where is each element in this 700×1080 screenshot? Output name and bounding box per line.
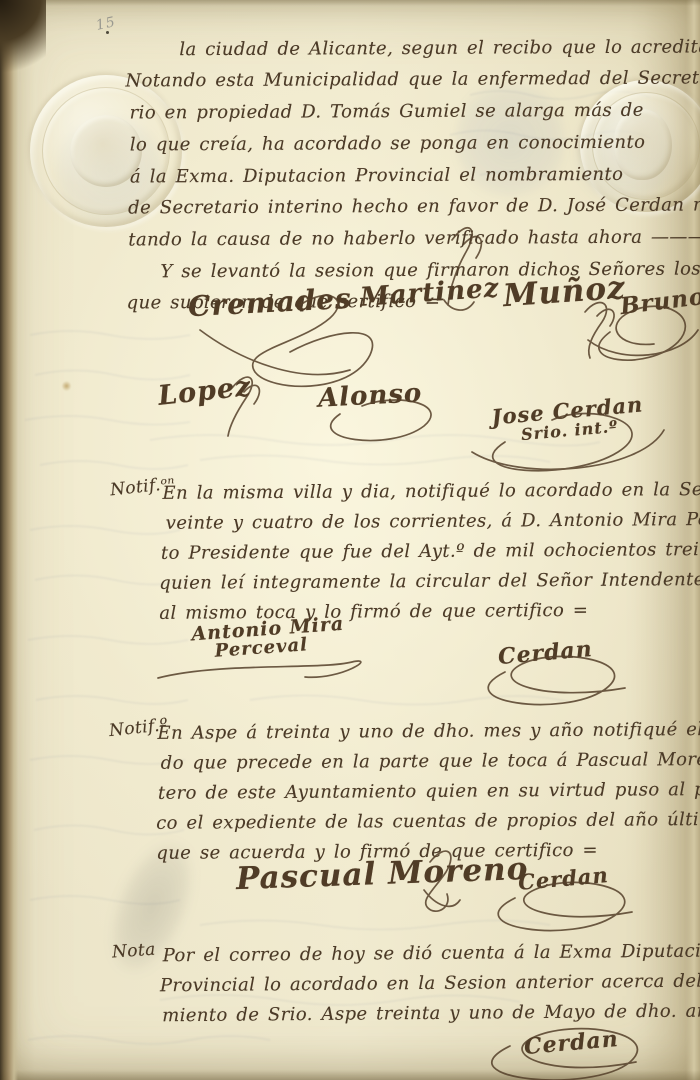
page-edge-bottom (0, 1070, 700, 1080)
manuscript-line: quien leí integramente la circular del S… (159, 568, 700, 594)
manuscript-line: En la misma villa y dia, notifiqué lo ac… (162, 479, 700, 504)
page-edge-top (0, 0, 700, 6)
manuscript-line: tando la causa de no haberlo verificado … (128, 226, 700, 250)
manuscript-line: En Aspe á treinta y uno de dho. mes y añ… (157, 719, 700, 744)
margin-note-nota: Nota (111, 940, 156, 963)
manuscript-line: de Secretario interino hecho en favor de… (128, 194, 700, 218)
manuscript-line: rio en propiedad D. Tomás Gumiel se alar… (130, 100, 644, 124)
manuscript-line: á la Exma. Diputacion Provincial el nomb… (130, 164, 624, 188)
manuscript-line: Por el correo de hoy se dió cuenta á la … (163, 940, 700, 966)
signature-lopez: Lopez (157, 371, 253, 412)
manuscript-line: do que precede en la parte que le toca á… (161, 749, 700, 774)
manuscript-line: tero de este Ayuntamiento quien en su vi… (158, 779, 700, 804)
paragraph-notification-1: En la misma villa y dia, notifiqué lo ac… (162, 479, 683, 643)
pencil-folio-mark: 15 (95, 14, 118, 34)
manuscript-line: Notando esta Municipalidad que la enferm… (125, 67, 700, 91)
binding-corner-dark (0, 0, 46, 90)
manuscript-line: veinte y cuatro de los corrientes, á D. … (166, 508, 700, 534)
binding-edge-left (0, 0, 18, 1080)
manuscript-line: lo que creía, ha acordado se ponga en co… (130, 132, 646, 156)
manuscript-page-scan: 15 la ciudad de Alicante, segun el recib… (0, 0, 700, 1080)
manuscript-line: Provincial lo acordado en la Sesion ante… (160, 970, 700, 997)
signature-alonso: Alonso (317, 378, 423, 413)
manuscript-line: co el expediente de las cuentas de propi… (156, 809, 700, 834)
foxing-spot (62, 381, 71, 391)
signature-jose-cerdan: Jose Cerdan Srio. int.º (490, 391, 645, 446)
manuscript-line: to Presidente que fue del Ayt.º de mil o… (161, 538, 700, 564)
manuscript-line: la ciudad de Alicante, segun el recibo q… (179, 36, 700, 60)
signature-cerdan: Cerdan (497, 636, 594, 670)
manuscript-line: miento de Srio. Aspe treinta y uno de Ma… (162, 1000, 700, 1026)
